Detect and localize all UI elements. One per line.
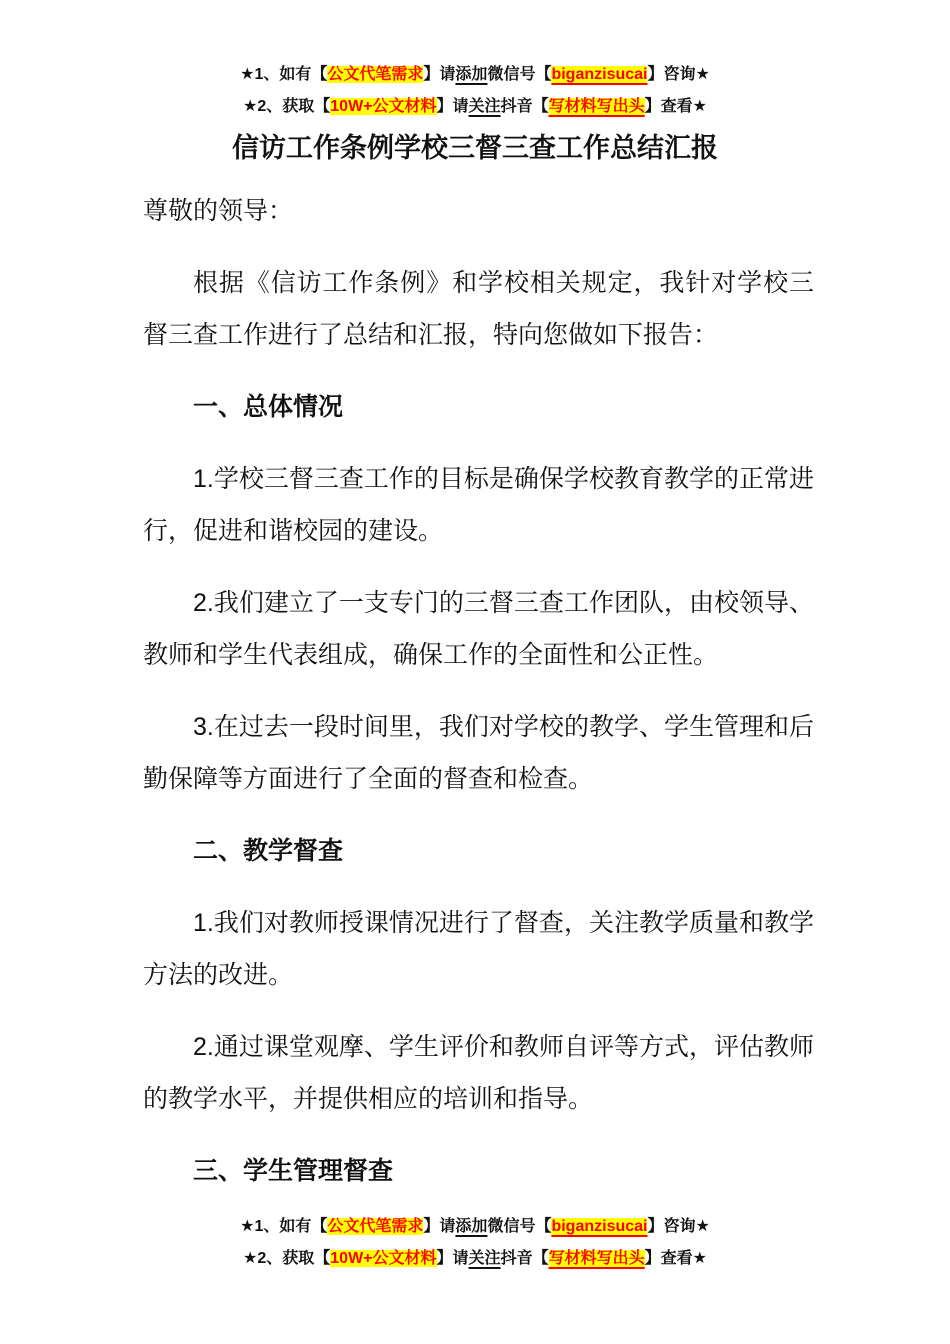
document-page: ★1、如有【公文代笔需求】请添加微信号【biganzisucai】咨询★ ★2、… <box>0 0 950 1344</box>
promo-bottom-line-1: ★1、如有【公文代笔需求】请添加微信号【biganzisucai】咨询★ <box>0 1211 950 1243</box>
salutation: 尊敬的领导： <box>143 185 814 237</box>
promo-text: 】咨询★ <box>647 66 709 83</box>
promo-highlighted-text: biganzisucai <box>551 1218 647 1235</box>
section-heading-2: 二、教学督查 <box>143 825 814 877</box>
promo-text: 抖音【 <box>501 1250 549 1267</box>
promo-highlighted-text: 写材料写出头 <box>549 1250 645 1267</box>
promo-highlighted-text: 10W+公文材料 <box>330 1250 436 1267</box>
promo-underlined-text: 关注 <box>469 1250 501 1267</box>
section-heading-3: 三、学生管理督查 <box>143 1145 814 1197</box>
promo-banner-top: ★1、如有【公文代笔需求】请添加微信号【biganzisucai】咨询★ ★2、… <box>0 0 950 123</box>
document-title: 信访工作条例学校三督三查工作总结汇报 <box>0 129 950 167</box>
section-heading-1: 一、总体情况 <box>143 381 814 433</box>
promo-text: 】咨询★ <box>647 1218 709 1235</box>
promo-text: 抖音【 <box>501 98 549 115</box>
promo-top-line-1: ★1、如有【公文代笔需求】请添加微信号【biganzisucai】咨询★ <box>0 59 950 91</box>
promo-banner-bottom: ★1、如有【公文代笔需求】请添加微信号【biganzisucai】咨询★ ★2、… <box>0 1211 950 1275</box>
promo-underlined-text: 关注 <box>469 98 501 115</box>
promo-text: ★1、如有【 <box>240 66 327 83</box>
section-1-paragraph-2: 2.我们建立了一支专门的三督三查工作团队，由校领导、教师和学生代表组成，确保工作… <box>143 577 814 681</box>
promo-text: 】查看★ <box>645 98 707 115</box>
section-2-paragraph-1: 1.我们对教师授课情况进行了督查，关注教学质量和教学方法的改进。 <box>143 897 814 1001</box>
promo-highlighted-text: 公文代笔需求 <box>327 1218 423 1235</box>
promo-highlighted-text: 10W+公文材料 <box>330 98 436 115</box>
promo-underlined-text: 添加 <box>455 66 487 83</box>
promo-text: ★2、获取【 <box>243 1250 330 1267</box>
promo-text: 微信号【 <box>487 66 551 83</box>
promo-text: 】请 <box>437 98 469 115</box>
document-body: 尊敬的领导： 根据《信访工作条例》和学校相关规定，我针对学校三督三查工作进行了总… <box>143 185 814 1197</box>
promo-text: 】请 <box>437 1250 469 1267</box>
promo-text: 】请 <box>423 66 455 83</box>
section-1-paragraph-1: 1.学校三督三查工作的目标是确保学校教育教学的正常进行，促进和谐校园的建设。 <box>143 453 814 557</box>
promo-highlighted-text: 公文代笔需求 <box>327 66 423 83</box>
section-2-paragraph-2: 2.通过课堂观摩、学生评价和教师自评等方式，评估教师的教学水平，并提供相应的培训… <box>143 1021 814 1125</box>
promo-highlighted-text: biganzisucai <box>551 66 647 83</box>
promo-text: ★2、获取【 <box>243 98 330 115</box>
promo-highlighted-text: 写材料写出头 <box>549 98 645 115</box>
promo-underlined-text: 添加 <box>455 1218 487 1235</box>
promo-text: 】请 <box>423 1218 455 1235</box>
section-1-paragraph-3: 3.在过去一段时间里，我们对学校的教学、学生管理和后勤保障等方面进行了全面的督查… <box>143 701 814 805</box>
promo-top-line-2: ★2、获取【10W+公文材料】请关注抖音【写材料写出头】查看★ <box>0 91 950 123</box>
promo-bottom-line-2: ★2、获取【10W+公文材料】请关注抖音【写材料写出头】查看★ <box>0 1243 950 1275</box>
intro-paragraph: 根据《信访工作条例》和学校相关规定，我针对学校三督三查工作进行了总结和汇报，特向… <box>143 257 814 361</box>
promo-text: 微信号【 <box>487 1218 551 1235</box>
promo-text: 】查看★ <box>645 1250 707 1267</box>
promo-text: ★1、如有【 <box>240 1218 327 1235</box>
